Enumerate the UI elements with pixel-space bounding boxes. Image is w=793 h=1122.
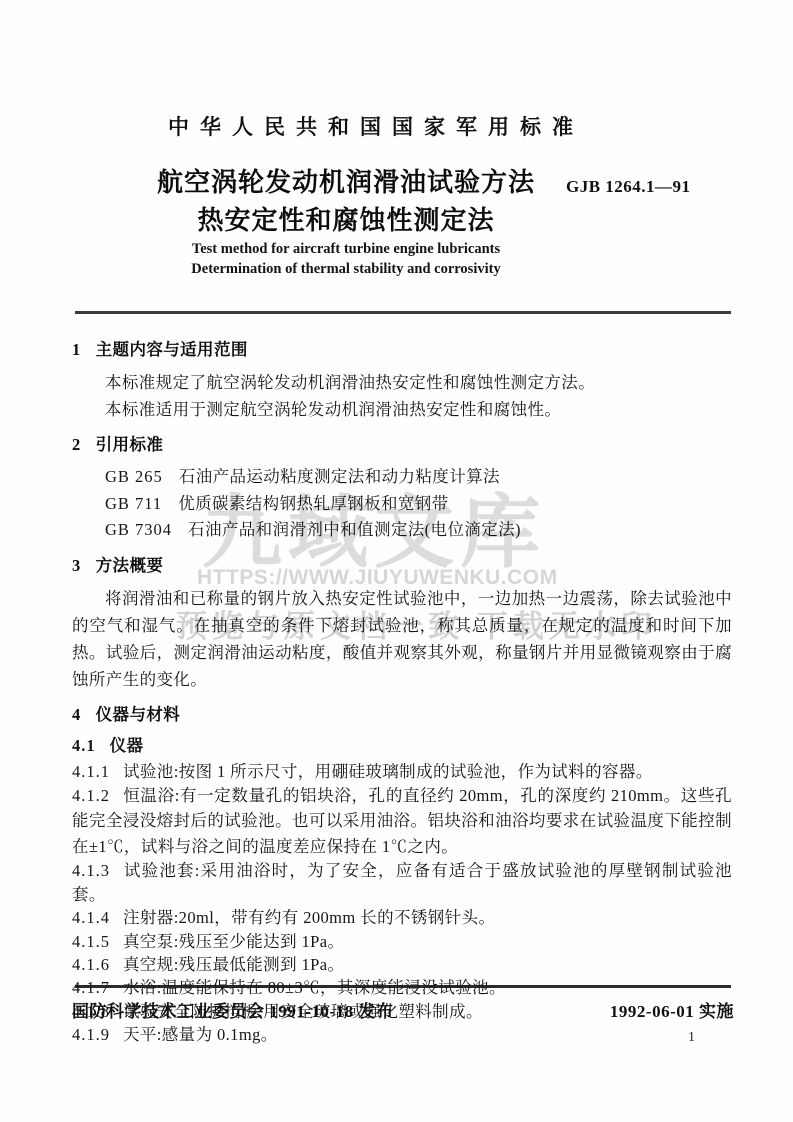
clause-number: 4.1.1: [72, 762, 110, 781]
reference-item: GB 711优质碳素结构钢热轧厚钢板和宽钢带: [105, 491, 732, 518]
footer: 国防科学技术工业委员会 1991-10-18 发布 1992-06-01 实施: [72, 997, 734, 1022]
clause-text: 水浴:温度能保持在 80±3℃，其深度能浸没试验池。: [123, 978, 506, 997]
document-page: 九域文库 HTTPS://WWW.JIUYUWENKU.COM 预览与原文档一致…: [0, 0, 793, 1122]
reference-title: 石油产品运动粘度测定法和动力粘度计算法: [179, 467, 500, 486]
clause-text: 试验池:按图 1 所示尺寸，用硼硅玻璃制成的试验池，作为试料的容器。: [123, 762, 653, 781]
clause-4-1-3: 4.1.3试验池套:采用油浴时，为了安全，应备有适合于盛放试验池的厚壁钢制试验池…: [72, 859, 732, 906]
title-en-line1: Test method for aircraft turbine engine …: [148, 240, 544, 260]
subsection-4-1-heading: 4.1仪器: [72, 734, 732, 758]
standard-type-heading: 中华人民共和国国家军用标准: [0, 111, 752, 141]
clause-4-1-2: 4.1.2恒温浴:有一定数量孔的铝块浴，孔的直径约 20mm，孔的深度约 210…: [72, 783, 732, 860]
clause-4-1-4: 4.1.4注射器:20ml，带有约有 200mm 长的不锈钢针头。: [72, 906, 732, 929]
section-number: 2: [72, 435, 81, 454]
section-number: 4: [72, 705, 81, 724]
section-title: 主题内容与适用范围: [96, 340, 248, 359]
clause-text: 恒温浴:有一定数量孔的铝块浴，孔的直径约 20mm，孔的深度约 210mm。这些…: [72, 786, 732, 856]
clause-text: 真空泵:残压至少能达到 1Pa。: [123, 932, 344, 951]
section-number: 1: [72, 340, 81, 359]
clause-number: 4.1.3: [72, 861, 110, 880]
page-number: 1: [688, 1030, 695, 1046]
document-title-cn: 航空涡轮发动机润滑油试验方法 热安定性和腐蚀性测定法: [150, 164, 542, 240]
clause-text: 天平:感量为 0.1mg。: [123, 1025, 278, 1044]
section-title: 仪器与材料: [96, 705, 181, 724]
standard-number: GJB 1264.1—91: [566, 177, 691, 197]
subsection-number: 4.1: [72, 736, 96, 755]
clause-4-1-5: 4.1.5真空泵:残压至少能达到 1Pa。: [72, 930, 732, 953]
clause-4-1-1: 4.1.1试验池:按图 1 所示尺寸，用硼硅玻璃制成的试验池，作为试料的容器。: [72, 760, 732, 783]
section-1-paragraph: 本标准适用于测定航空涡轮发动机润滑油热安定性和腐蚀性。: [72, 396, 732, 423]
reference-code: GB 711: [105, 494, 162, 513]
reference-code: GB 7304: [105, 520, 172, 539]
title-en-line2: Determination of thermal stability and c…: [148, 260, 544, 280]
reference-item: GB 7304石油产品和润滑剂中和值测定法(电位滴定法): [105, 517, 732, 544]
section-1-paragraph: 本标准规定了航空涡轮发动机润滑油热安定性和腐蚀性测定方法。: [72, 369, 732, 396]
footer-implementation-date: 1992-06-01 实施: [610, 997, 734, 1022]
footer-issuer-release: 国防科学技术工业委员会 1991-10-18 发布: [72, 997, 393, 1022]
section-title: 方法概要: [96, 556, 164, 575]
title-cn-line2: 热安定性和腐蚀性测定法: [150, 202, 542, 240]
section-1-heading: 1主题内容与适用范围: [72, 337, 732, 363]
reference-title: 优质碳素结构钢热轧厚钢板和宽钢带: [178, 494, 448, 513]
clause-text: 真空规:残压最低能测到 1Pa。: [123, 955, 344, 974]
clause-4-1-9: 4.1.9天平:感量为 0.1mg。: [72, 1023, 732, 1046]
subsection-title: 仪器: [110, 736, 144, 755]
clause-4-1-6: 4.1.6真空规:残压最低能测到 1Pa。: [72, 953, 732, 976]
header-rule: [75, 311, 731, 314]
clause-number: 4.1.7: [72, 978, 110, 997]
section-3-heading: 3方法概要: [72, 553, 732, 579]
clause-number: 4.1.2: [72, 786, 110, 805]
section-2-heading: 2引用标准: [72, 432, 732, 458]
reference-code: GB 265: [105, 467, 163, 486]
clause-number: 4.1.4: [72, 908, 110, 927]
section-4-heading: 4仪器与材料: [72, 702, 732, 728]
reference-item: GB 265石油产品运动粘度测定法和动力粘度计算法: [105, 464, 732, 491]
document-body: 1主题内容与适用范围 本标准规定了航空涡轮发动机润滑油热安定性和腐蚀性测定方法。…: [72, 328, 732, 1047]
clause-number: 4.1.9: [72, 1025, 110, 1044]
reference-title: 石油产品和润滑剂中和值测定法(电位滴定法): [188, 520, 521, 539]
clause-number: 4.1.6: [72, 955, 110, 974]
section-number: 3: [72, 556, 81, 575]
clause-text: 注射器:20ml，带有约有 200mm 长的不锈钢针头。: [123, 908, 495, 927]
document-title-en: Test method for aircraft turbine engine …: [148, 240, 544, 279]
section-title: 引用标准: [96, 435, 164, 454]
section-3-paragraph: 将润滑油和已称量的钢片放入热安定性试验池中，一边加热一边震荡，除去试验池中的空气…: [72, 585, 732, 693]
clause-text: 试验池套:采用油浴时，为了安全，应备有适合于盛放试验池的厚壁钢制试验池套。: [72, 861, 732, 903]
title-cn-line1: 航空涡轮发动机润滑油试验方法: [150, 164, 542, 202]
clause-number: 4.1.5: [72, 932, 110, 951]
